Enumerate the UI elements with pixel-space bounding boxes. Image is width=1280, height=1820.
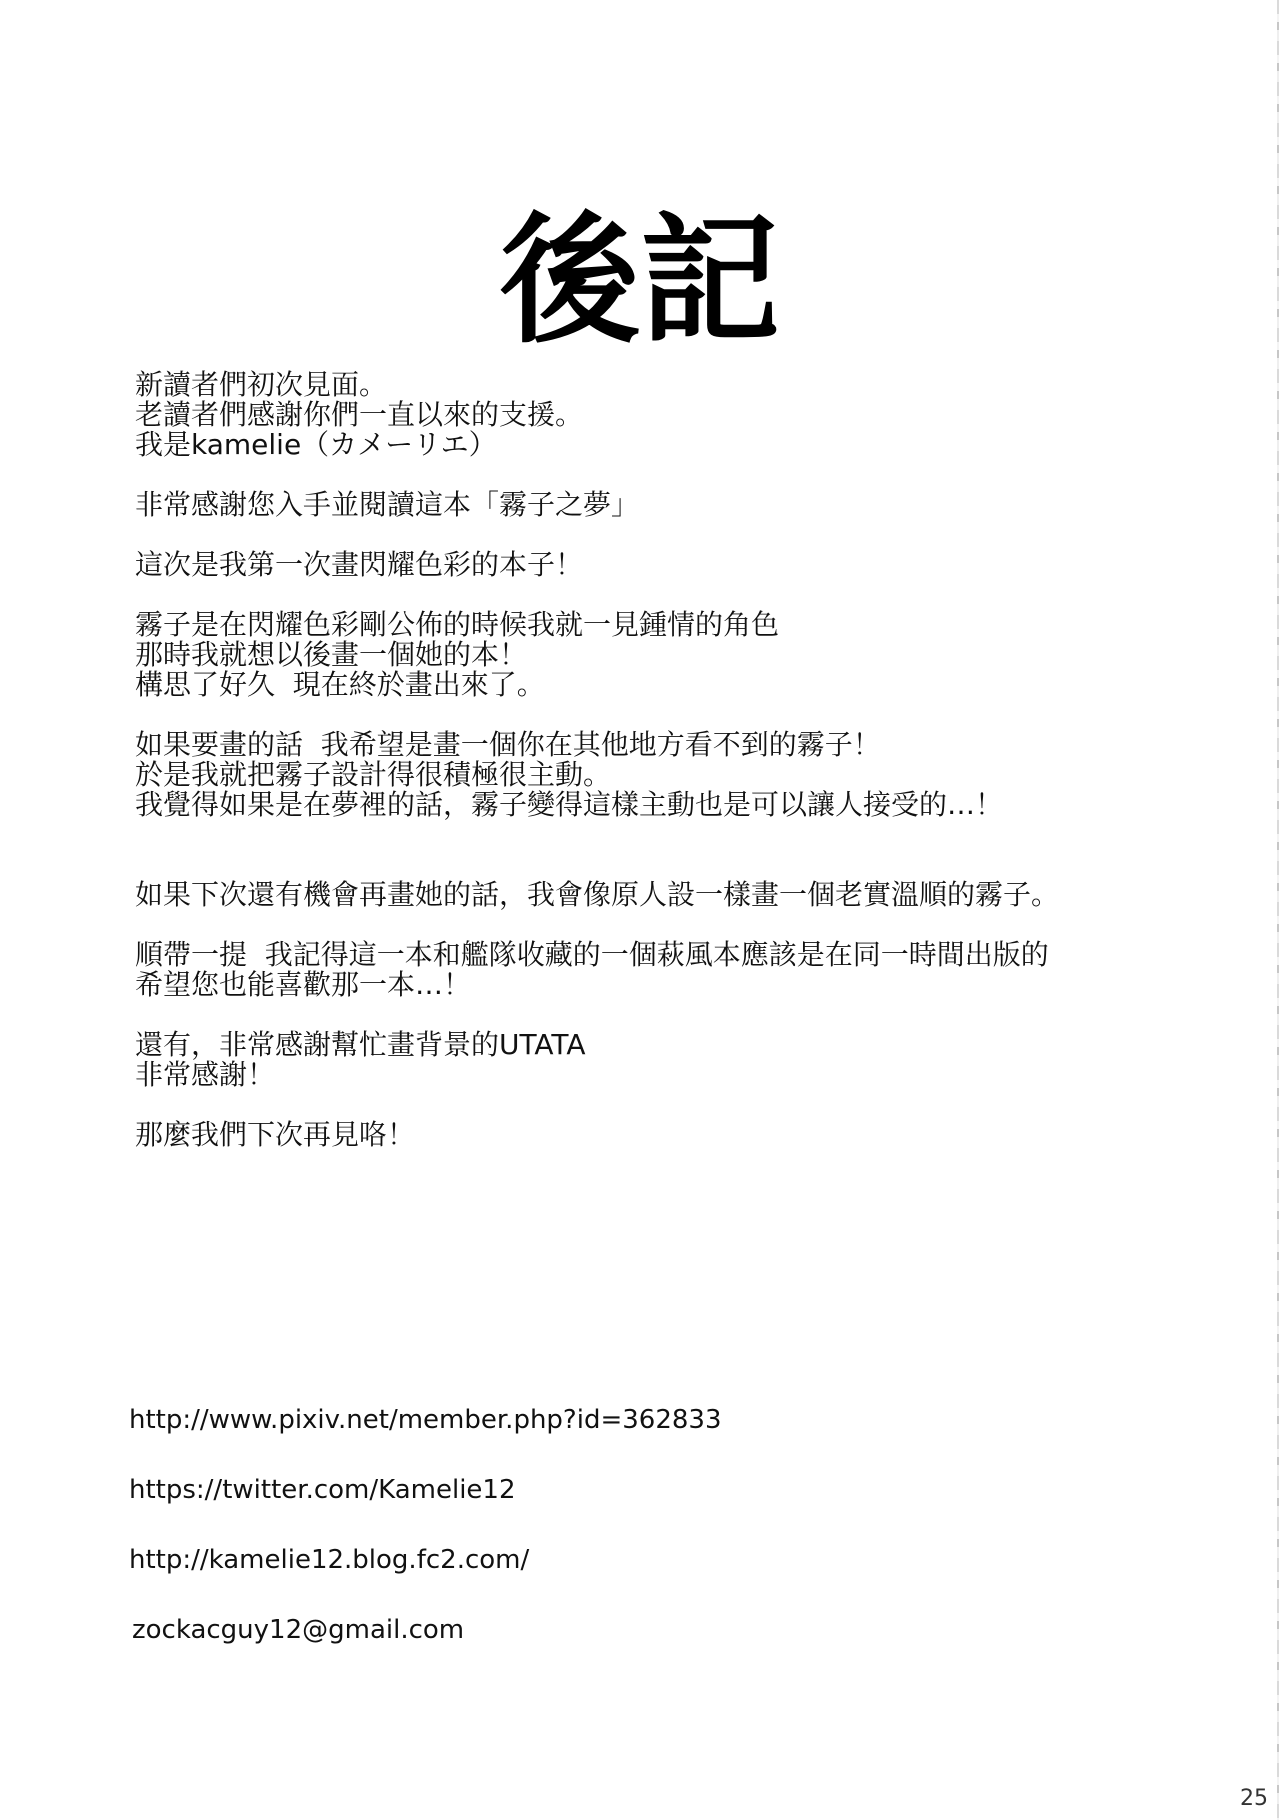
text-line: 新讀者們初次見面。: [135, 370, 1195, 400]
email-address: zockacguy12@gmail.com: [129, 1614, 722, 1684]
paragraph-credits: 還有，非常感謝幫忙畫背景的UTATA 非常感謝！: [135, 1030, 1195, 1090]
text-line: 非常感謝您入手並閱讀這本「霧子之夢」: [135, 490, 1195, 520]
paragraph-kiriko: 霧子是在閃耀色彩剛公佈的時候我就一見鍾情的角色 那時我就想以後畫一個她的本！ 構…: [135, 610, 1195, 700]
text-line: 順帶一提 我記得這一本和艦隊收藏的一個萩風本應該是在同一時間出版的: [135, 940, 1195, 970]
text-line: 老讀者們感謝你們一直以來的支援。: [135, 400, 1195, 430]
text-line: 霧子是在閃耀色彩剛公佈的時候我就一見鍾情的角色: [135, 610, 1195, 640]
page-number: 25: [1240, 1786, 1268, 1811]
pixiv-link: http://www.pixiv.net/member.php?id=36283…: [129, 1404, 722, 1474]
text-line: 如果下次還有機會再畫她的話，我會像原人設一樣畫一個老實溫順的霧子。: [135, 880, 1195, 910]
paragraph-farewell: 那麼我們下次再見咯！: [135, 1120, 1195, 1150]
text-line: 如果要畫的話 我希望是畫一個你在其他地方看不到的霧子！: [135, 730, 1195, 760]
paragraph-first-book: 這次是我第一次畫閃耀色彩的本子！: [135, 550, 1195, 580]
text-line: 我覺得如果是在夢裡的話，霧子變得這樣主動也是可以讓人接受的…！: [135, 790, 1195, 820]
text-line: 希望您也能喜歡那一本…！: [135, 970, 1195, 1000]
page-title: 後記: [0, 202, 1280, 362]
paragraph-next-time: 如果下次還有機會再畫她的話，我會像原人設一樣畫一個老實溫順的霧子。: [135, 880, 1195, 910]
text-line: 我是kamelie（カメーリエ）: [135, 430, 1195, 460]
text-line: 那時我就想以後畫一個她的本！: [135, 640, 1195, 670]
contact-links: http://www.pixiv.net/member.php?id=36283…: [129, 1404, 722, 1684]
twitter-link: https://twitter.com/Kamelie12: [129, 1474, 722, 1544]
paragraph-thanks: 非常感謝您入手並閱讀這本「霧子之夢」: [135, 490, 1195, 520]
paragraph-greeting: 新讀者們初次見面。 老讀者們感謝你們一直以來的支援。 我是kamelie（カメー…: [135, 370, 1195, 460]
text-line: 這次是我第一次畫閃耀色彩的本子！: [135, 550, 1195, 580]
blog-link: http://kamelie12.blog.fc2.com/: [129, 1544, 722, 1614]
text-line: 構思了好久 現在終於畫出來了。: [135, 670, 1195, 700]
text-line: 於是我就把霧子設計得很積極很主動。: [135, 760, 1195, 790]
afterword-body: 新讀者們初次見面。 老讀者們感謝你們一直以來的支援。 我是kamelie（カメー…: [135, 370, 1195, 1150]
text-line: 那麼我們下次再見咯！: [135, 1120, 1195, 1150]
paragraph-by-the-way: 順帶一提 我記得這一本和艦隊收藏的一個萩風本應該是在同一時間出版的 希望您也能喜…: [135, 940, 1195, 1000]
text-line: 還有，非常感謝幫忙畫背景的UTATA: [135, 1030, 1195, 1060]
text-line: 非常感謝！: [135, 1060, 1195, 1090]
paragraph-concept: 如果要畫的話 我希望是畫一個你在其他地方看不到的霧子！ 於是我就把霧子設計得很積…: [135, 730, 1195, 820]
